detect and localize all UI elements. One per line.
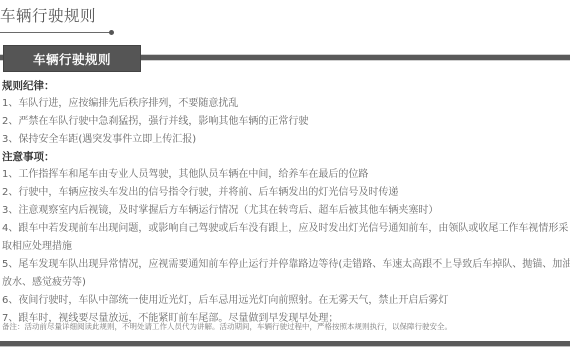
note-item: 1、工作指挥车和尾车由专业人员驾驶，其他队员车辆在中间，给养车在最后的位路 [2,166,568,184]
bottom-band-line [0,341,570,346]
rule-item: 2、严禁在车队行驶中急刹猛拐，强行并线，影响其他车辆的正常行驶 [2,113,568,131]
note-item: 5、尾车发现车队出现异常情况，应视需要通知前车停止运行并停靠路边等待(走错路、车… [2,256,568,274]
rules-section-title: 规则纪律： [2,78,568,95]
note-item: 3、注意观察室内后视镜，及时掌握后方车辆运行情况（尤其在转弯后、超车后被其他车辆… [2,202,568,220]
footer-remark: 备注：活动前尽量详细阅读此规则，不明处请工作人员代为讲解。活动期间，车辆行驶过程… [2,321,452,332]
underline-dot [109,30,114,35]
note-item-continuation: 放水、感觉疲劳等) [2,274,568,292]
title-underline [0,32,111,33]
section-band-label-box: 车辆行驶规则 [3,45,141,72]
note-item: 6、夜间行驶时，车队中部统一使用近光灯，后车忌用远光灯向前照射。在无雾天气，禁止… [2,292,568,310]
note-item: 4、跟车中若发现前车出现问题，或影响自己驾驶或后车没有跟上，应及时发出灯光信号通… [2,220,568,238]
section-band-label: 车辆行驶规则 [33,50,111,68]
rule-item: 1、车队行进，应按编排先后秩序排列，不要随意扰乱 [2,95,568,113]
notes-section-title: 注意事项： [2,149,568,166]
rule-item: 3、保持安全车距(遇突发事件立即上传汇报) [2,131,568,149]
page-title: 车辆行驶规则 [0,4,96,26]
note-item-continuation: 取相应处理措施 [2,238,568,256]
rules-content: 规则纪律： 1、车队行进，应按编排先后秩序排列，不要随意扰乱 2、严禁在车队行驶… [2,78,568,328]
note-item: 2、行驶中，车辆应按头车发出的信号指令行驶，并将前、后车辆发出的灯光信号及时传递 [2,184,568,202]
